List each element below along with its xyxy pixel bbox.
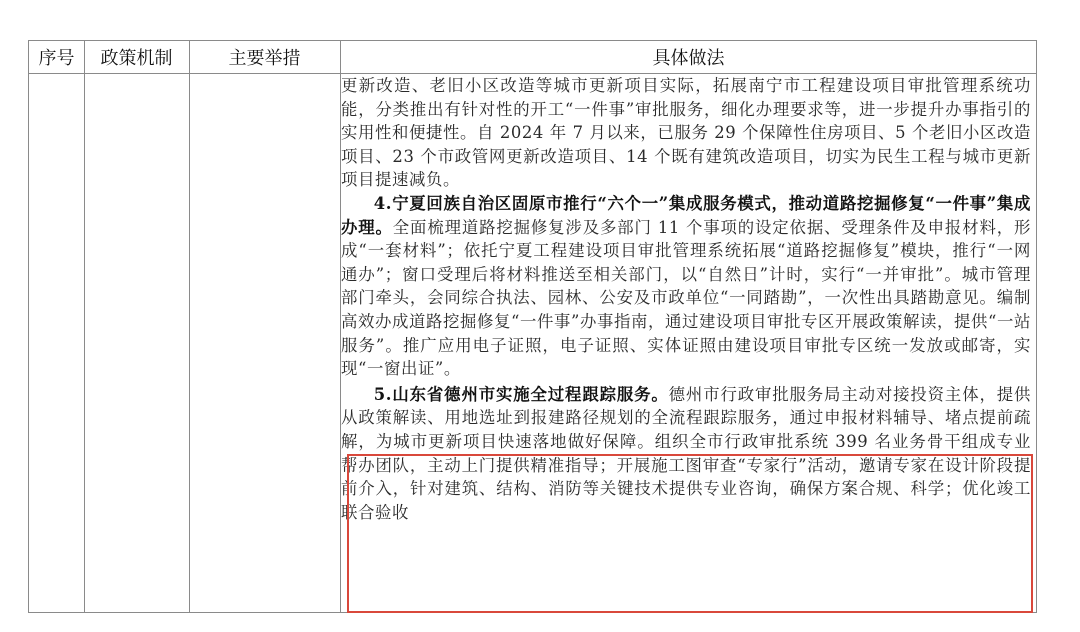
paragraph-heading: 5.山东省德州市实施全过程跟踪服务。 [374,385,669,404]
practice-paragraph-nanning: 更新改造、老旧小区改造等城市更新项目实际，拓展南宁市工程建设项目审批管理系统功能… [341,74,1031,192]
paragraph-text: 全面梳理道路挖掘修复涉及多部门 11 个事项的设定依据、受理条件及申报材料，形成… [341,218,1031,379]
column-divider [84,41,85,612]
highlight-annotation-box [347,454,1033,613]
header-practice: 具体做法 [340,41,1037,73]
header-index: 序号 [29,41,84,73]
paragraph-text: 更新改造、老旧小区改造等城市更新项目实际，拓展南宁市工程建设项目审批管理系统功能… [341,76,1031,189]
header-measure: 主要举措 [189,41,340,73]
column-divider [189,41,190,612]
policy-table: 序号 政策机制 主要举措 具体做法 更新改造、老旧小区改造等城市更新项目实际，拓… [28,40,1037,613]
header-mechanism: 政策机制 [84,41,189,73]
practice-paragraph-guyuan: 4.宁夏回族自治区固原市推行“六个一”集成服务模式，推动道路挖掘修复“一件事”集… [341,192,1031,381]
